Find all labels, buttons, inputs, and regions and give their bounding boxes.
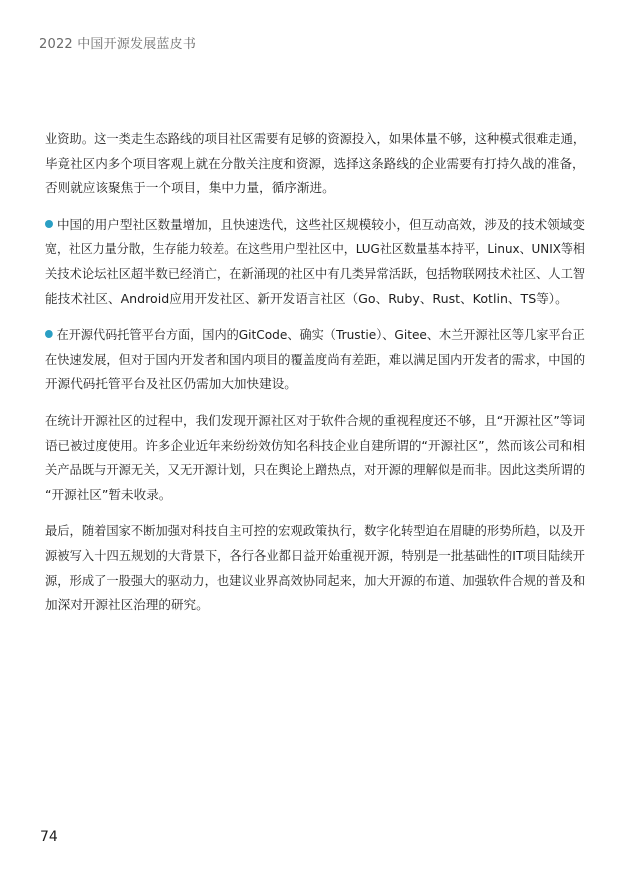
bullet-dot-icon (45, 220, 53, 228)
bullet-paragraph-code-hosting: 在开源代码托管平台方面，国内的GitCode、确实（Trustie）、Gitee… (45, 323, 585, 397)
paragraph-compliance: 在统计开源社区的过程中，我们发现开源社区对于软件合规的重视程度还不够，且“开源社… (45, 409, 585, 507)
text-line: 中国的用户型社区数量增加，且快速迭代，这些社区规模较小，但互动高效，涉及的技术领… (57, 217, 585, 232)
bullet-dot-icon (45, 330, 53, 338)
text-line: 业资助。这一类走生态路线的项目社区需要有足够的资源投入，如果体量不够，这种模式很… (45, 127, 571, 152)
text-line: 毕竟社区内多个项目客观上就在分散关注度和资源，选择这条路线的企业需要有打持久战的… (45, 152, 583, 177)
text-line: 在统计开源社区的过程中，我们发现开源社区对于软件合规的重视程度还不够，且“开源社… (45, 409, 583, 434)
text-line: 开源代码托管平台及社区仍需加大加快建设。 (45, 372, 585, 397)
text-line: 关技术论坛社区超半数已经消亡，在新涌现的社区中有几类异常活跃，包括物联网技术社区… (45, 262, 571, 287)
text-line: “开源社区”暂未收录。 (45, 483, 585, 508)
text-line: 源被写入十四五规划的大背景下，各行各业都日益开始重视开源，特别是一批基础性的IT… (45, 544, 572, 569)
text-line: 关产品既与开源无关，又无开源计划，只在舆论上蹭热点，对开源的理解似是而非。因此这… (45, 458, 571, 483)
text-line: 最后，随着国家不断加强对科技自主可控的宏观政策执行，数字化转型迫在眉睫的形势所趋… (45, 519, 571, 544)
paragraph-conclusion: 最后，随着国家不断加强对科技自主可控的宏观政策执行，数字化转型迫在眉睫的形势所趋… (45, 519, 585, 617)
page-number: 74 (40, 829, 58, 845)
running-header: 2022 中国开源发展蓝皮书 (39, 33, 196, 52)
text-line: 在开源代码托管平台方面，国内的GitCode、确实（Trustie）、Gitee… (57, 327, 585, 342)
text-line: 宽，社区力量分散，生存能力较差。在这些用户型社区中，LUG社区数量基本持平，Li… (45, 237, 557, 262)
text-line: 在快速发展，但对于国内开发者和国内项目的覆盖度尚有差距，难以满足国内开发者的需求… (45, 348, 571, 373)
paragraph-continuation: 业资助。这一类走生态路线的项目社区需要有足够的资源投入，如果体量不够，这种模式很… (45, 127, 585, 201)
body-content: 业资助。这一类走生态路线的项目社区需要有足够的资源投入，如果体量不够，这种模式很… (45, 127, 585, 630)
text-line: 源，形成了一股强大的驱动力，也建议业界高效协同起来，加大开源的布道、加强软件合规… (45, 569, 571, 594)
text-line: 加深对开源社区治理的研究。 (45, 593, 585, 618)
text-line: 能技术社区、Android应用开发社区、新开发语言社区（Go、Ruby、Rust… (45, 287, 585, 312)
bullet-paragraph-user-communities: 中国的用户型社区数量增加，且快速迭代，这些社区规模较小，但互动高效，涉及的技术领… (45, 213, 585, 311)
text-line: 语已被过度使用。许多企业近年来纷纷效仿知名科技企业自建所谓的“开源社区”，然而该… (45, 434, 583, 459)
text-line: 否则就应该聚焦于一个项目，集中力量，循序渐进。 (45, 176, 585, 201)
